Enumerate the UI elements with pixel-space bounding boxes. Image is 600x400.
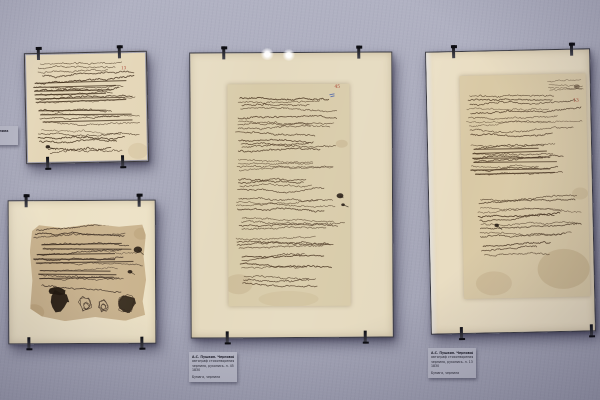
manuscript-frame-top-left: 13 (24, 51, 149, 165)
manuscript-sheet: 45 (227, 84, 350, 307)
frame-clip (357, 46, 360, 59)
manuscript-sheet (30, 224, 147, 322)
frame-clip (140, 337, 143, 350)
page-number: 13 (573, 100, 579, 105)
handwriting-svg (460, 73, 591, 299)
label-line: 1830 (192, 368, 234, 372)
frame-clip (460, 327, 463, 340)
label-line: 1830 (431, 364, 473, 368)
page-number: 13 (121, 66, 126, 70)
frame-clip (452, 45, 455, 58)
frame-clip (37, 47, 40, 60)
page-number: 45 (334, 86, 340, 91)
label-line: Бумага, чернила (192, 375, 234, 379)
exhibit-label-center: А.С. Пушкин. Черновой автограф стихотвор… (189, 352, 237, 382)
handwriting-svg (227, 84, 350, 307)
frame-clip (570, 43, 573, 56)
handwriting-svg (30, 224, 147, 322)
exhibit-label-right: А.С. Пушкин. Черновой автограф стихотвор… (428, 348, 476, 378)
label-line: 1830 (0, 138, 15, 142)
frame-clip (226, 331, 229, 344)
frame-clip (46, 157, 49, 170)
frame-clip (121, 155, 124, 168)
manuscript-sheet: 13 (460, 73, 591, 299)
frame-clip (364, 331, 367, 344)
frame-clip (138, 194, 141, 207)
manuscript-frame-right: 13 (425, 48, 596, 334)
manuscript-sheet: 13 (26, 53, 147, 162)
label-line: Бумага, чернила (431, 371, 473, 375)
handwriting-svg (26, 53, 147, 162)
frame-clip (590, 324, 593, 337)
frame-clip (27, 337, 30, 350)
frame-clip (25, 194, 28, 207)
manuscript-frame-bottom-left (8, 200, 157, 345)
frame-clip (222, 46, 225, 59)
manuscript-frame-center: 45 (189, 51, 393, 338)
frame-clip (118, 45, 121, 58)
exhibit-label-edge: автограф, чернила рукопись, л. 1830 (0, 126, 18, 145)
